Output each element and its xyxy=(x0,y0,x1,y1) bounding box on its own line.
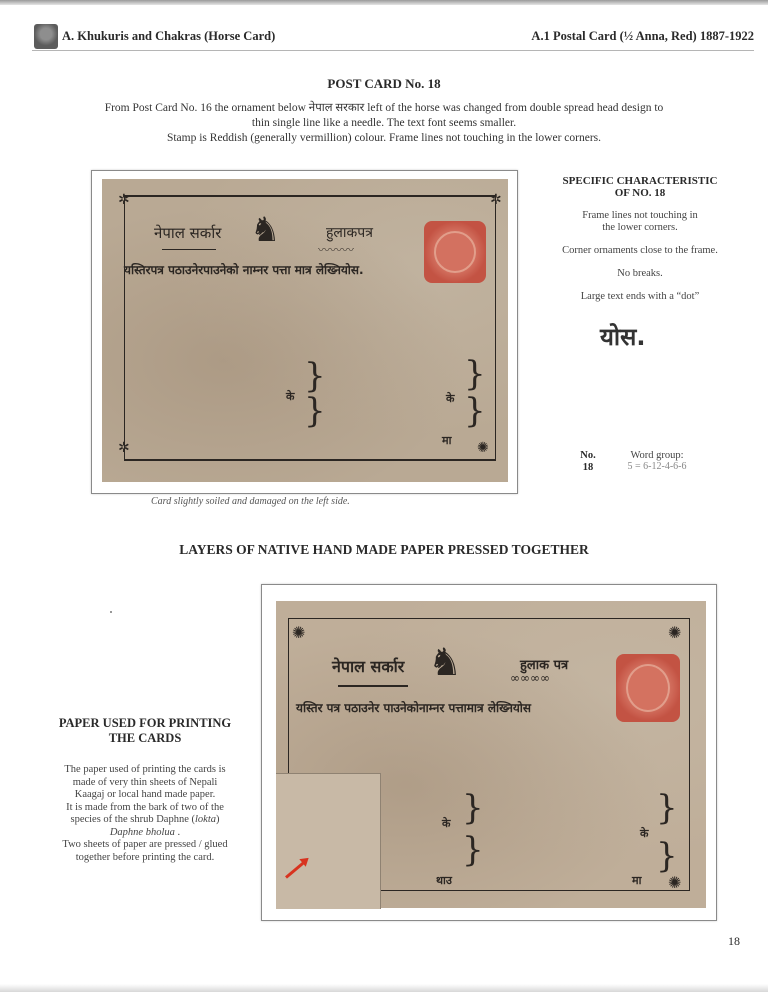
number-label: No. xyxy=(574,450,602,462)
body-line: species of the shrub Daphne (lokta) xyxy=(40,814,250,827)
body-line: Daphne bholua . xyxy=(40,827,250,840)
body-line: It is made from the bark of two of the xyxy=(40,802,250,815)
italic-term: lokta xyxy=(195,814,216,825)
postcard-image: ✺ ✺ ✺ नेपाल सर्कार ♞ हुलाक पत्र ∞∞∞∞ यस्… xyxy=(276,601,706,908)
page-header: A. Khukuris and Chakras (Horse Card) A.1… xyxy=(32,24,754,51)
bottom-edge-shadow xyxy=(0,984,768,992)
stray-mark xyxy=(110,611,112,613)
postcard-photo-2: ✺ ✺ ✺ नेपाल सर्कार ♞ हुलाक पत्र ∞∞∞∞ यस्… xyxy=(261,584,717,921)
brace-mark: } xyxy=(304,359,326,393)
paper-section-title: PAPER USED FOR PRINTING THE CARDS xyxy=(40,716,250,746)
crest-emblem-icon xyxy=(34,24,58,49)
red-stamp xyxy=(616,654,680,722)
card-number: No. 18 xyxy=(574,450,602,474)
brace-mark: } xyxy=(462,791,484,825)
intro-line: thin single line like a needle. The text… xyxy=(40,116,728,131)
card-text-main-line: यस्तिर पत्र पठाउनेर पाउनेकोनाम्नर पत्ताम… xyxy=(296,699,531,716)
specific-characteristic-title: SPECIFIC CHARACTERISTIC OF NO. 18 xyxy=(530,175,750,199)
brace-mark: } xyxy=(656,839,678,873)
corner-ornament-icon: ✲ xyxy=(118,441,130,455)
card-text-nepal-sarkar: नेपाल सर्कार xyxy=(154,223,221,243)
dotted-ornament xyxy=(338,685,408,687)
pasted-paper-layer xyxy=(276,773,381,909)
card-text-hulakpatra: हुलाकपत्र xyxy=(326,223,373,242)
corner-ornament-icon: ✲ xyxy=(118,193,130,207)
header-right-title: A.1 Postal Card (½ Anna, Red) 1887-1922 xyxy=(531,29,754,44)
section-title-layers: LAYERS OF NATIVE HAND MADE PAPER PRESSED… xyxy=(0,542,768,558)
brace-mark: } xyxy=(464,357,486,391)
page-number: 18 xyxy=(728,934,740,949)
body-text: ) xyxy=(216,814,220,825)
brace-mark: } xyxy=(464,394,486,428)
characteristic-item: No breaks. xyxy=(530,268,750,280)
corner-ornament-icon: ✲ xyxy=(490,193,502,207)
body-text: . xyxy=(175,827,180,838)
body-line: Kaagaj or local hand made paper. xyxy=(40,789,250,802)
number-value: 18 xyxy=(574,462,602,474)
card-text-ke-right: के xyxy=(446,391,454,406)
corner-ornament-icon: ✺ xyxy=(668,875,681,891)
card-text-ke: के xyxy=(442,816,450,831)
header-left-title: A. Khukuris and Chakras (Horse Card) xyxy=(62,29,275,44)
brace-mark: } xyxy=(304,394,326,428)
corner-ornament-icon: ✺ xyxy=(477,441,489,455)
body-line: together before printing the card. xyxy=(40,852,250,865)
card-text-ke: के xyxy=(286,389,294,404)
horse-icon: ♞ xyxy=(428,643,462,681)
postcard-image: ✲ ✲ ✲ ✺ नेपाल सर्कार ♞ हुलाकपत्र 〰〰〰 यस्… xyxy=(102,179,508,482)
word-group-label: Word group: xyxy=(612,450,702,461)
card-text-ma: मा xyxy=(442,433,451,448)
horse-icon: ♞ xyxy=(250,213,280,247)
needle-ornament xyxy=(162,249,216,250)
card-text-ke-right: के xyxy=(640,826,648,841)
word-group-value: 5 = 6-12-4-6-6 xyxy=(612,461,702,472)
title-line: SPECIFIC CHARACTERISTIC xyxy=(530,175,750,187)
card-text-main-line: यस्तिरपत्र पठाउनेरपाउनेको नाम्नर पत्ता म… xyxy=(124,261,364,278)
loop-ornament: ∞∞∞∞ xyxy=(510,671,550,685)
title-line: THE CARDS xyxy=(40,731,250,746)
paper-section-body: The paper used of printing the cards is … xyxy=(40,764,250,864)
corner-ornament-icon: ✺ xyxy=(292,625,305,641)
body-line: The paper used of printing the cards is xyxy=(40,764,250,777)
card-text-thau: थाउ xyxy=(436,873,452,888)
postcard-photo-1: ✲ ✲ ✲ ✺ नेपाल सर्कार ♞ हुलाकपत्र 〰〰〰 यस्… xyxy=(91,170,518,494)
specific-characteristic-list: Frame lines not touching in the lower co… xyxy=(530,210,750,314)
wave-ornament: 〰〰〰 xyxy=(318,241,354,258)
intro-line: Stamp is Reddish (generally vermillion) … xyxy=(40,131,728,146)
body-line: made of very thin sheets of Nepali xyxy=(40,777,250,790)
characteristic-item: Corner ornaments close to the frame. xyxy=(530,245,750,257)
italic-species: Daphne bholua xyxy=(110,827,175,838)
sample-text-closeup: योस. xyxy=(600,320,645,353)
characteristic-item: Frame lines not touching in the lower co… xyxy=(530,210,750,234)
brace-mark: } xyxy=(462,833,484,867)
card-text-ma: मा xyxy=(632,873,641,888)
top-edge-shadow xyxy=(0,0,768,5)
intro-paragraph: From Post Card No. 16 the ornament below… xyxy=(40,101,728,146)
body-text: species of the shrub Daphne ( xyxy=(70,814,195,825)
characteristic-item: Large text ends with a “dot” xyxy=(530,291,750,303)
red-stamp xyxy=(424,221,486,283)
word-group: Word group: 5 = 6-12-4-6-6 xyxy=(612,450,702,472)
intro-line: From Post Card No. 16 the ornament below… xyxy=(40,101,728,116)
title-line: OF NO. 18 xyxy=(530,187,750,199)
section-title-post-card: POST CARD No. 18 xyxy=(0,76,768,92)
photo-caption: Card slightly soiled and damaged on the … xyxy=(151,496,350,507)
card-text-nepal-sarkar: नेपाल सर्कार xyxy=(332,655,404,677)
body-line: Two sheets of paper are pressed / glued xyxy=(40,839,250,852)
corner-ornament-icon: ✺ xyxy=(668,625,681,641)
brace-mark: } xyxy=(656,791,678,825)
title-line: PAPER USED FOR PRINTING xyxy=(40,716,250,731)
